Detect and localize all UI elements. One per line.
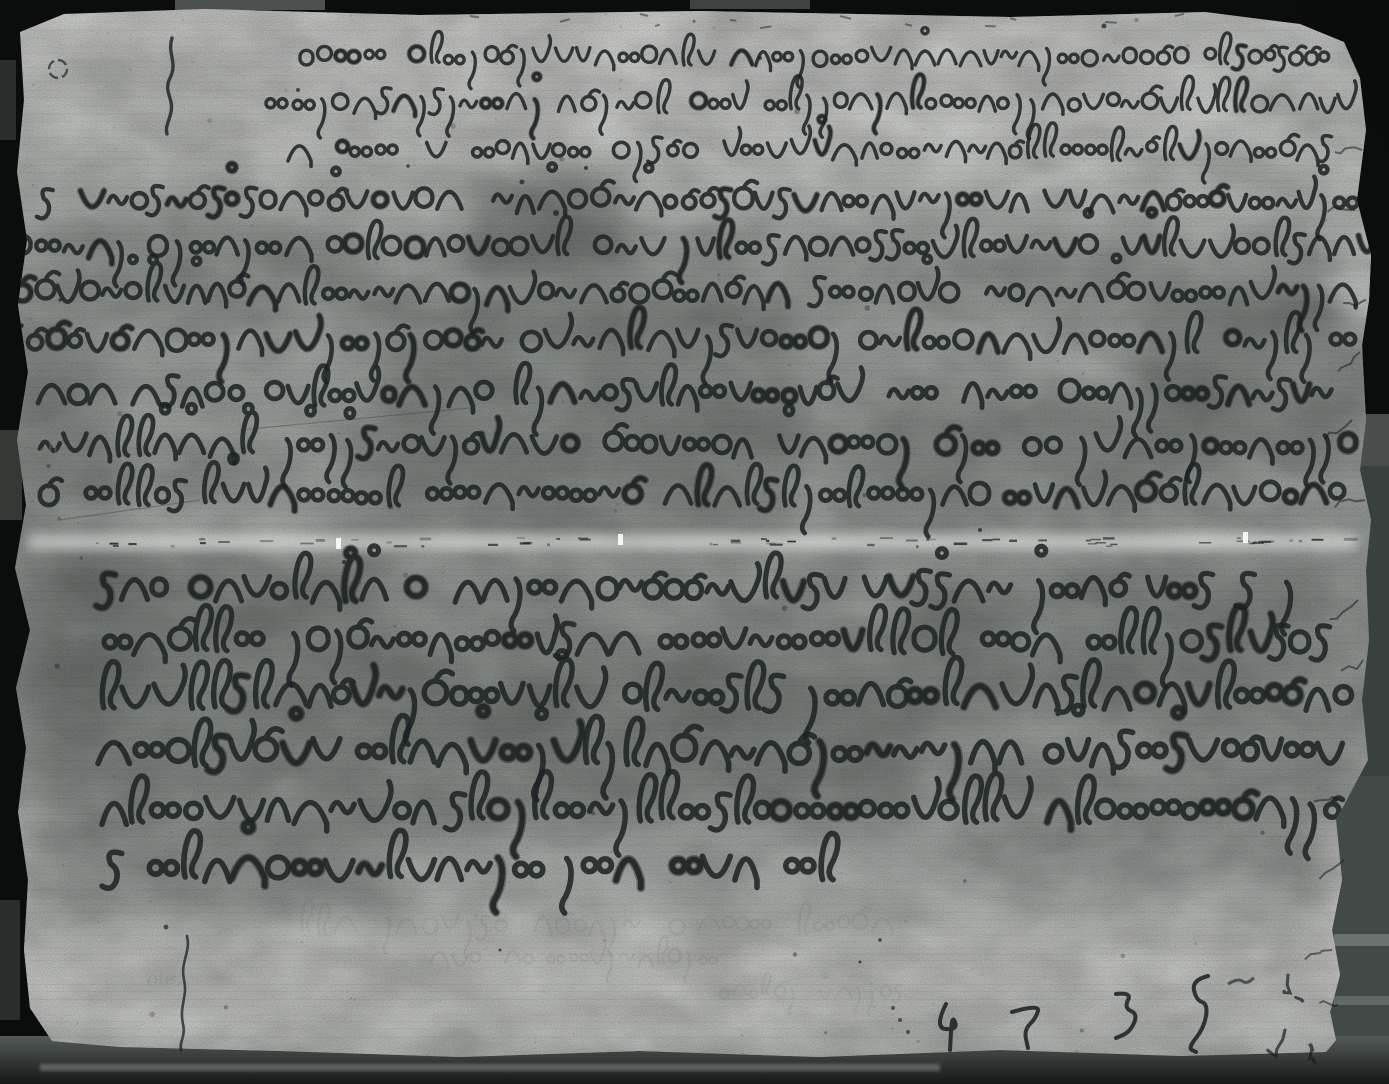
fold-crease (28, 532, 1358, 550)
manuscript-scene (0, 0, 1389, 1084)
manuscript-photo: cho ole, (0, 0, 1389, 1084)
